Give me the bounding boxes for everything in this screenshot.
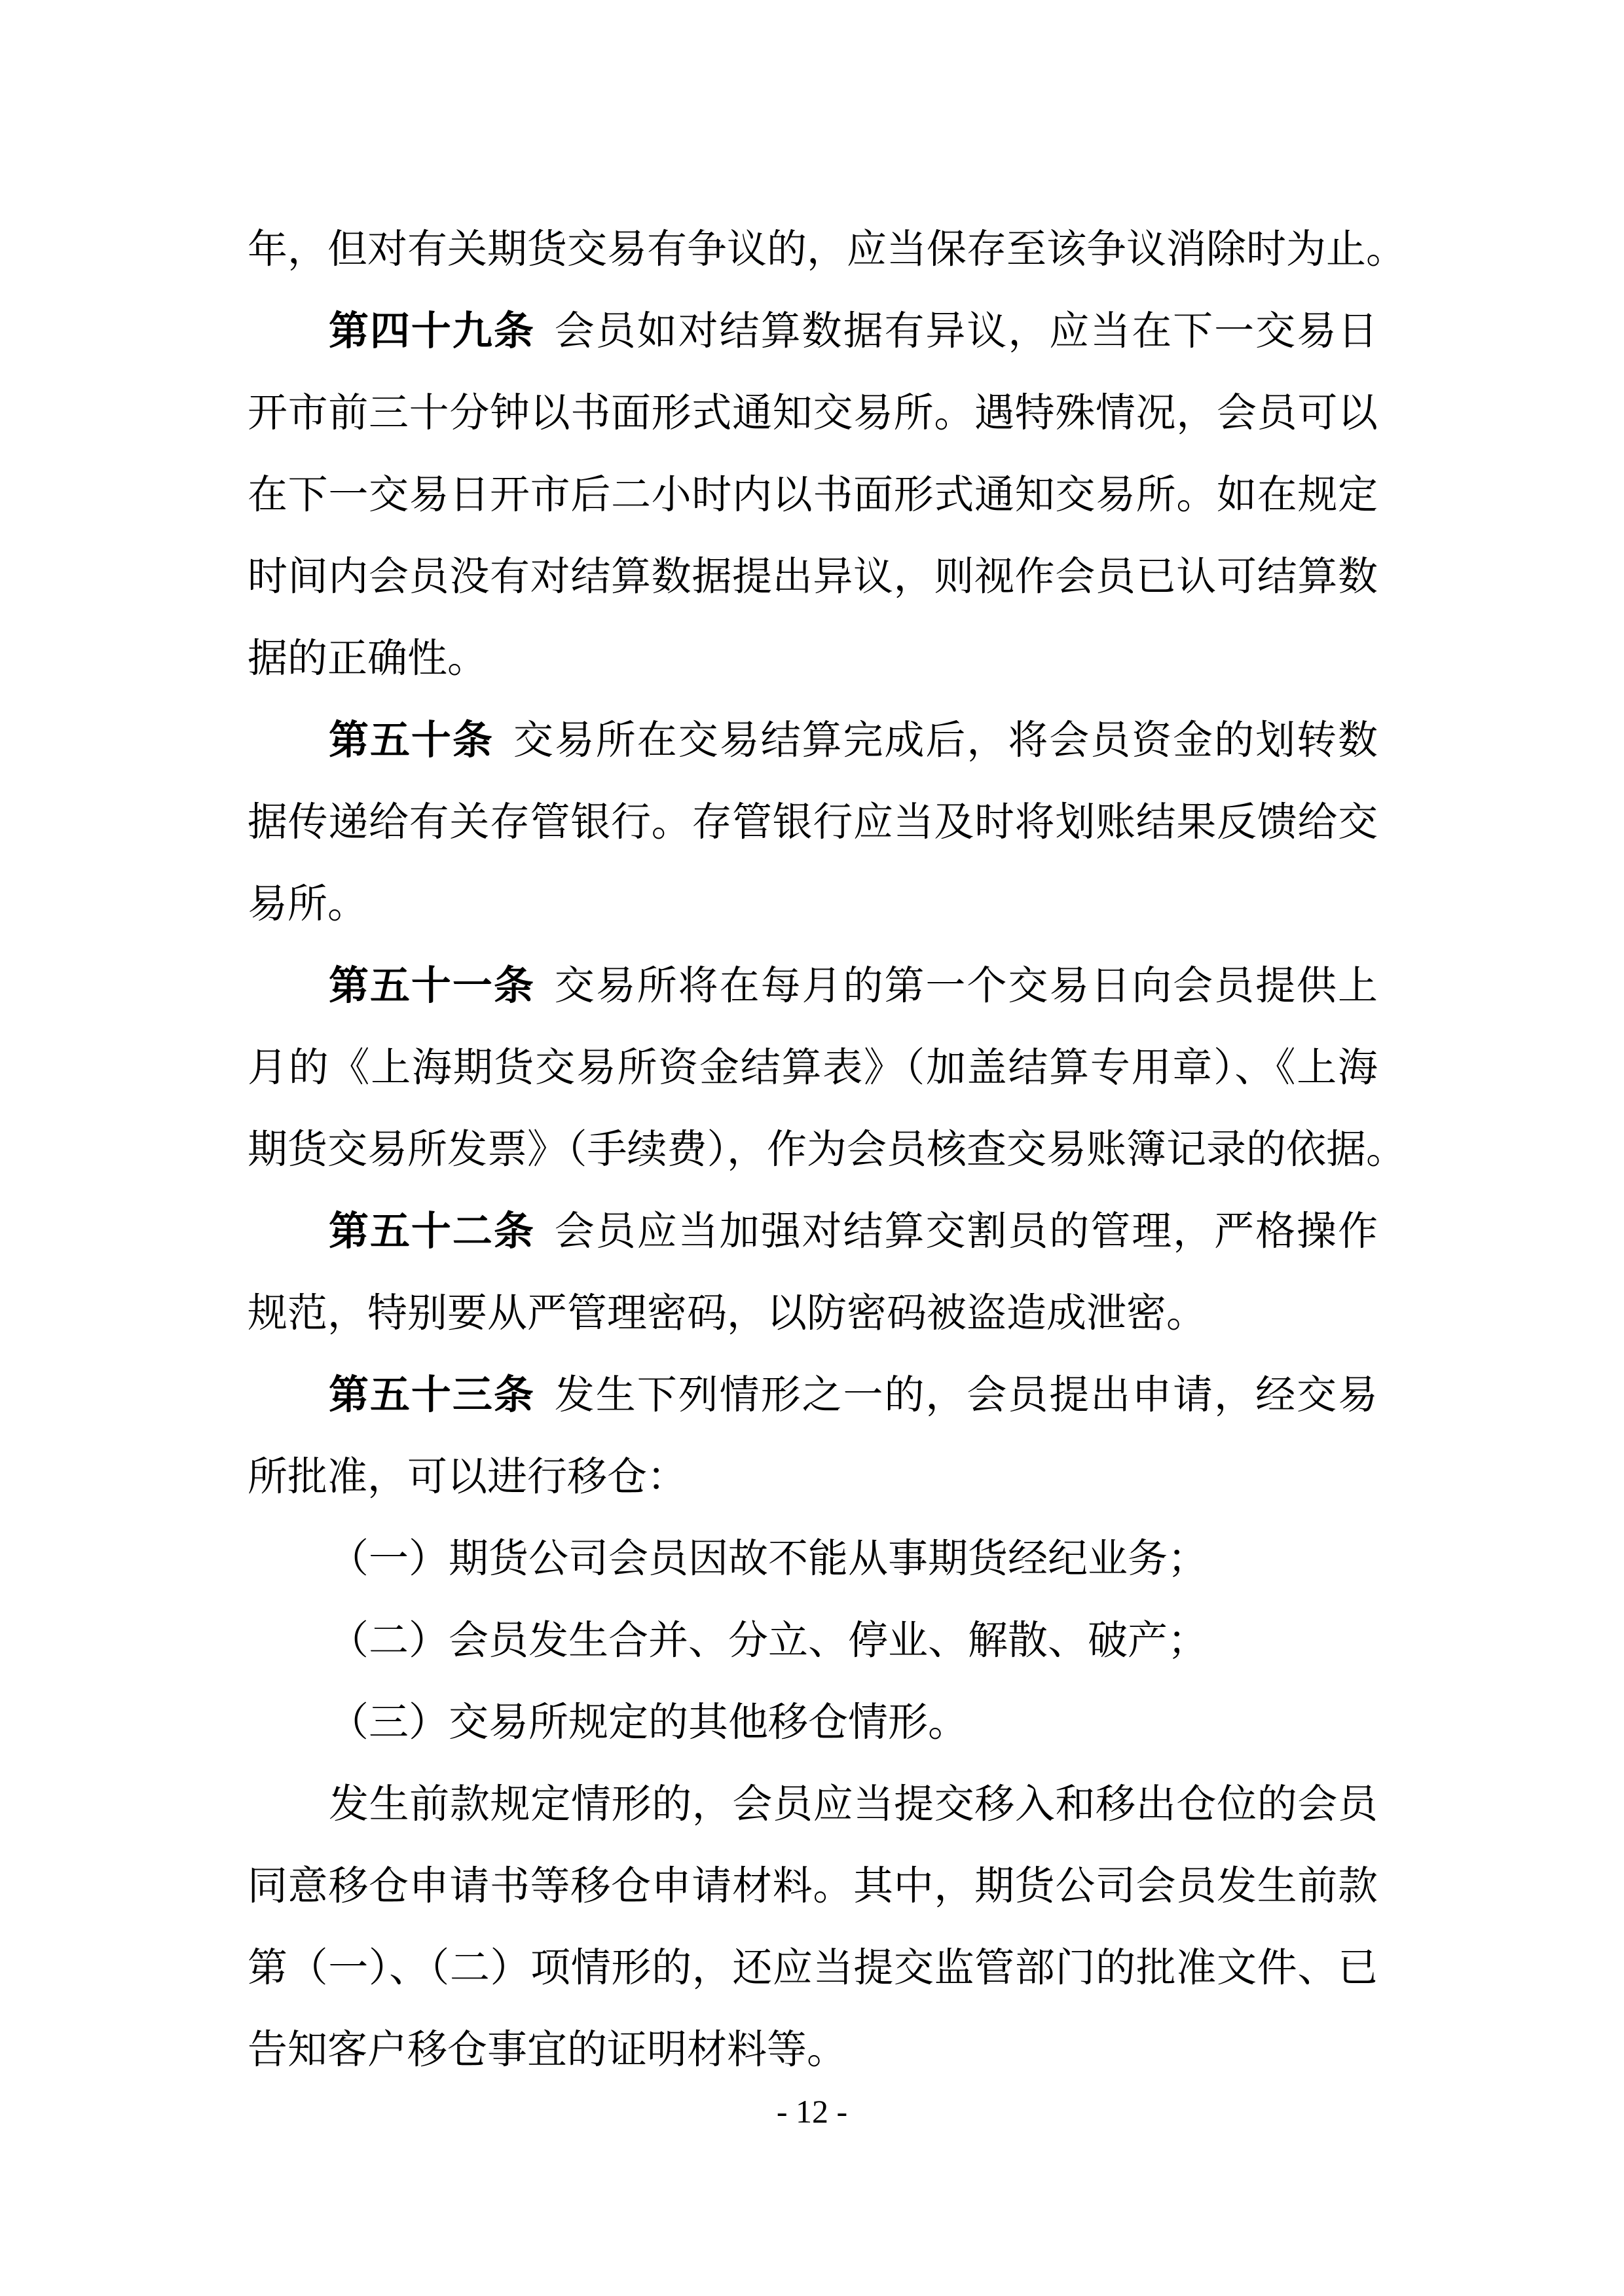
list-item: （三）交易所规定的其他移仓情形。 (248, 1681, 1378, 1763)
text-line: 据的正确性。 (248, 617, 1378, 699)
text-line: 第五十条交易所在交易结算完成后，将会员资金的划转数 (248, 699, 1378, 781)
article-heading: 第四十九条 (329, 308, 535, 354)
text-line: 在下一交易日开市后二小时内以书面形式通知交易所。如在规定 (248, 454, 1378, 536)
list-item: （二）会员发生合并、分立、停业、解散、破产； (248, 1599, 1378, 1681)
line-text: （一）期货公司会员因故不能从事期货经纪业务； (329, 1535, 1208, 1582)
text-line: 第（一）、（二）项情形的，还应当提交监管部门的批准文件、已 (248, 1927, 1378, 2009)
document-page: 年，但对有关期货交易有争议的，应当保存至该争议消除时为止。 第四十九条会员如对结… (0, 0, 1624, 2296)
text-line: 期货交易所发票》（手续费），作为会员核查交易账簿记录的依据。 (248, 1108, 1378, 1190)
line-text: 会员如对结算数据有异议，应当在下一交易日 (555, 308, 1378, 354)
text-line: 规范，特别要从严管理密码，以防密码被盗造成泄密。 (248, 1272, 1378, 1354)
line-text: 所批准，可以进行移仓： (248, 1453, 687, 1500)
line-text: 期货交易所发票》（手续费），作为会员核查交易账簿记录的依据。 (248, 1126, 1406, 1173)
line-text: 第（一）、（二）项情形的，还应当提交监管部门的批准文件、已 (248, 1944, 1378, 1991)
line-text: 开市前三十分钟以书面形式通知交易所。遇特殊情况，会员可以 (248, 390, 1378, 436)
text-line: 第五十三条发生下列情形之一的，会员提出申请，经交易 (248, 1354, 1378, 1436)
text-line: 所批准，可以进行移仓： (248, 1436, 1378, 1518)
list-item: （一）期货公司会员因故不能从事期货经纪业务； (248, 1518, 1378, 1599)
line-text: 会员应当加强对结算交割员的管理，严格操作 (555, 1208, 1378, 1254)
text-line: 时间内会员没有对结算数据提出异议，则视作会员已认可结算数 (248, 536, 1378, 617)
line-text: （三）交易所规定的其他移仓情形。 (329, 1699, 968, 1745)
line-text: 告知客户移仓事宜的证明材料等。 (248, 2026, 847, 2073)
text-line: 年，但对有关期货交易有争议的，应当保存至该争议消除时为止。 (248, 208, 1378, 290)
text-line: 告知客户移仓事宜的证明材料等。 (248, 2009, 1378, 2090)
line-text: 年，但对有关期货交易有争议的，应当保存至该争议消除时为止。 (248, 226, 1406, 272)
text-line: 第四十九条会员如对结算数据有异议，应当在下一交易日 (248, 290, 1378, 372)
line-text: 同意移仓申请书等移仓申请材料。其中，期货公司会员发生前款 (248, 1863, 1378, 1909)
line-text: 月的《上海期货交易所资金结算表》（加盖结算专用章）、《上海 (248, 1044, 1378, 1091)
text-line: 据传递给有关存管银行。存管银行应当及时将划账结果反馈给交 (248, 781, 1378, 863)
text-line: 第五十二条会员应当加强对结算交割员的管理，严格操作 (248, 1190, 1378, 1272)
line-text: 交易所在交易结算完成后，将会员资金的划转数 (513, 717, 1378, 763)
line-text: 据的正确性。 (248, 635, 487, 682)
text-line: 易所。 (248, 863, 1378, 945)
line-text: 在下一交易日开市后二小时内以书面形式通知交易所。如在规定 (248, 471, 1378, 518)
line-text: （二）会员发生合并、分立、停业、解散、破产； (329, 1617, 1208, 1664)
line-text: 发生下列情形之一的，会员提出申请，经交易 (555, 1372, 1378, 1418)
document-body: 年，但对有关期货交易有争议的，应当保存至该争议消除时为止。 第四十九条会员如对结… (248, 208, 1378, 2090)
line-text: 规范，特别要从严管理密码，以防密码被盗造成泄密。 (248, 1290, 1206, 1336)
text-line: 第五十一条交易所将在每月的第一个交易日向会员提供上 (248, 945, 1378, 1027)
line-text: 易所。 (248, 881, 367, 927)
article-heading: 第五十一条 (329, 962, 535, 1009)
text-line: 同意移仓申请书等移仓申请材料。其中，期货公司会员发生前款 (248, 1845, 1378, 1927)
article-heading: 第五十二条 (329, 1208, 535, 1254)
page-number: - 12 - (0, 2092, 1624, 2131)
text-line: 月的《上海期货交易所资金结算表》（加盖结算专用章）、《上海 (248, 1027, 1378, 1108)
text-line: 开市前三十分钟以书面形式通知交易所。遇特殊情况，会员可以 (248, 372, 1378, 454)
article-heading: 第五十条 (329, 717, 494, 763)
text-line: 发生前款规定情形的，会员应当提交移入和移出仓位的会员 (248, 1763, 1378, 1845)
article-heading: 第五十三条 (329, 1372, 535, 1418)
line-text: 发生前款规定情形的，会员应当提交移入和移出仓位的会员 (329, 1781, 1378, 1827)
line-text: 据传递给有关存管银行。存管银行应当及时将划账结果反馈给交 (248, 799, 1378, 845)
line-text: 时间内会员没有对结算数据提出异议，则视作会员已认可结算数 (248, 553, 1378, 600)
line-text: 交易所将在每月的第一个交易日向会员提供上 (555, 962, 1378, 1009)
